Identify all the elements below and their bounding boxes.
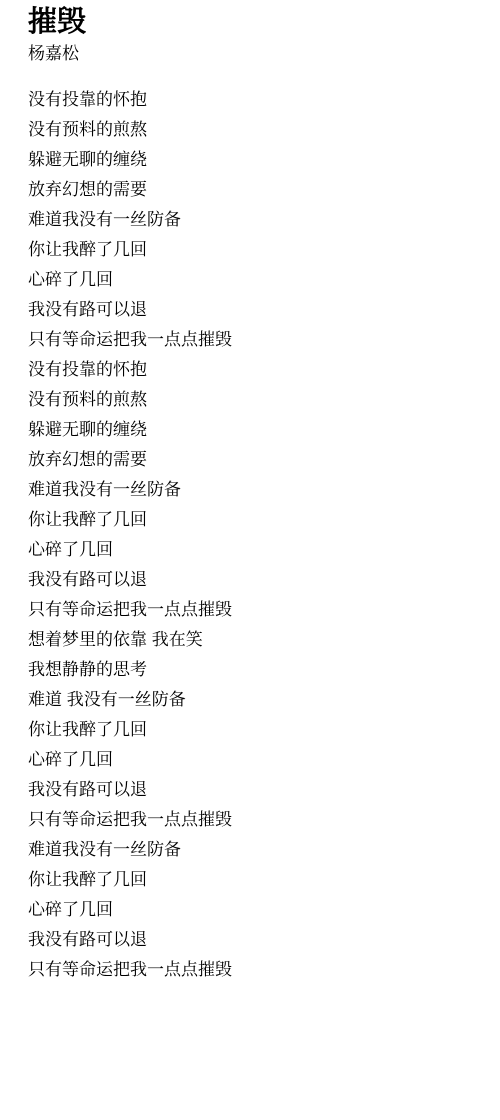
lyric-line: 难道 我没有一丝防备 [28,685,480,715]
lyric-line: 我没有路可以退 [28,925,480,955]
lyric-line: 放弃幻想的需要 [28,445,480,475]
lyric-line: 心碎了几回 [28,745,480,775]
lyric-line: 没有投靠的怀抱 [28,355,480,385]
lyrics-list: 没有投靠的怀抱没有预料的煎熬躲避无聊的缠绕放弃幻想的需要难道我没有一丝防备你让我… [28,85,480,985]
lyric-line: 没有预料的煎熬 [28,115,480,145]
lyric-line: 你让我醉了几回 [28,505,480,535]
lyric-line: 我没有路可以退 [28,295,480,325]
lyric-line: 我没有路可以退 [28,565,480,595]
lyric-line: 你让我醉了几回 [28,865,480,895]
page-title: 摧毁 [28,6,480,39]
lyric-line: 放弃幻想的需要 [28,175,480,205]
lyric-line: 难道我没有一丝防备 [28,475,480,505]
lyric-line: 心碎了几回 [28,535,480,565]
lyric-line: 你让我醉了几回 [28,715,480,745]
lyrics-page: 摧毁 杨嘉松 没有投靠的怀抱没有预料的煎熬躲避无聊的缠绕放弃幻想的需要难道我没有… [0,0,500,1120]
artist-name: 杨嘉松 [28,44,480,64]
lyric-line: 难道我没有一丝防备 [28,205,480,235]
lyric-line: 心碎了几回 [28,895,480,925]
lyric-line: 只有等命运把我一点点摧毁 [28,595,480,625]
lyric-line: 难道我没有一丝防备 [28,835,480,865]
lyric-line: 我想静静的思考 [28,655,480,685]
lyric-line: 只有等命运把我一点点摧毁 [28,805,480,835]
lyric-line: 心碎了几回 [28,265,480,295]
lyric-line: 你让我醉了几回 [28,235,480,265]
lyric-line: 没有投靠的怀抱 [28,85,480,115]
lyric-line: 只有等命运把我一点点摧毁 [28,325,480,355]
lyric-line: 没有预料的煎熬 [28,385,480,415]
lyric-line: 我没有路可以退 [28,775,480,805]
lyric-line: 躲避无聊的缠绕 [28,145,480,175]
lyric-line: 想着梦里的依靠 我在笑 [28,625,480,655]
lyric-line: 只有等命运把我一点点摧毁 [28,955,480,985]
lyric-line: 躲避无聊的缠绕 [28,415,480,445]
